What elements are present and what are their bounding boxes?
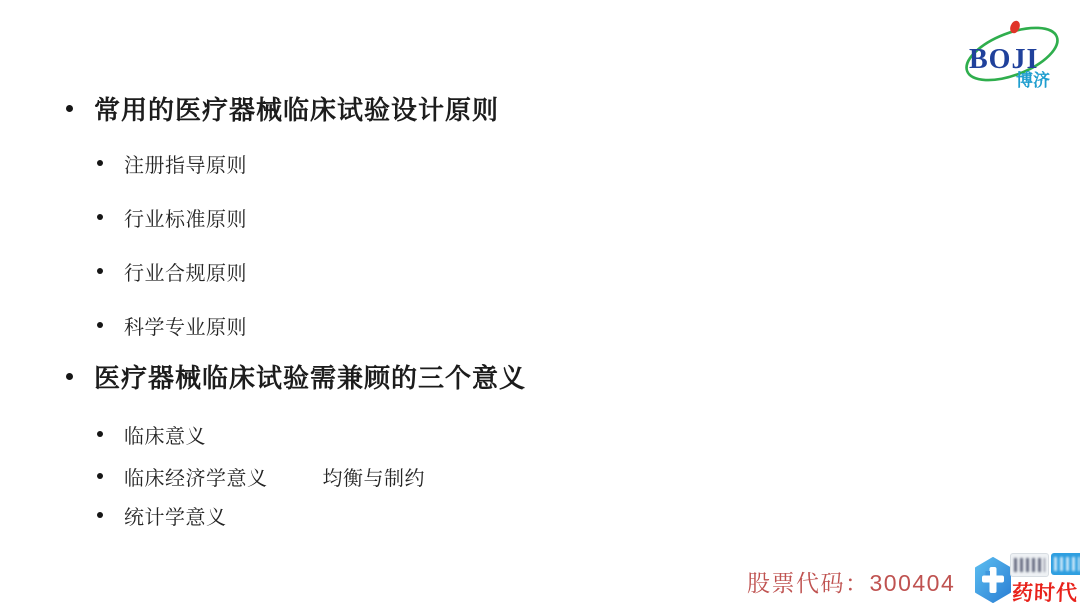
- section2-title: 医疗器械临床试验需兼顾的三个意义: [94, 358, 526, 395]
- section1-item-row: 行业合规原则: [97, 258, 247, 284]
- stock-code-text: 股票代码：300404: [747, 565, 955, 598]
- section1-item-row: 科学专业原则: [97, 312, 247, 338]
- pharmatimes-hexagon-icon: [973, 557, 1013, 603]
- section2-item-row: 临床经济学意义 均衡与制约: [97, 463, 425, 489]
- presentation-slide: BOJI 博济 常用的医疗器械临床试验设计原则 注册指导原则 行业标准原则 行业…: [0, 0, 1080, 608]
- section2-annotation: 均衡与制约: [323, 462, 426, 491]
- bullet-dot: [97, 512, 103, 518]
- section2-item-3: 统计学意义: [124, 501, 227, 530]
- section1-title: 常用的医疗器械临床试验设计原则: [94, 90, 499, 127]
- bullet-dot: [66, 373, 73, 380]
- pharmatimes-badge-left: [1010, 553, 1049, 577]
- bullet-dot: [97, 322, 103, 328]
- section1-item-4: 科学专业原则: [124, 311, 247, 340]
- boji-chinese-name: 博济: [1016, 70, 1050, 90]
- section1-title-row: 常用的医疗器械临床试验设计原则: [66, 92, 499, 124]
- section2-item-1: 临床意义: [124, 420, 206, 449]
- bullet-dot: [97, 160, 103, 166]
- bullet-dot: [97, 431, 103, 437]
- pharmatimes-top-badges: [1010, 553, 1080, 577]
- section2-item-row: 统计学意义: [97, 502, 227, 528]
- bullet-dot: [97, 268, 103, 274]
- bullet-dot: [66, 105, 73, 112]
- section2-item-row: 临床意义: [97, 421, 206, 447]
- boji-logo: BOJI 博济: [958, 14, 1070, 90]
- section2-item-2: 临床经济学意义: [124, 462, 268, 491]
- bullet-dot: [97, 214, 103, 220]
- pharmatimes-badge-right: [1051, 553, 1080, 575]
- section1-item-2: 行业标准原则: [124, 203, 247, 232]
- section1-item-1: 注册指导原则: [124, 149, 247, 178]
- section1-item-row: 注册指导原则: [97, 150, 247, 176]
- bullet-dot: [97, 473, 103, 479]
- pharmatimes-name: 药时代: [1011, 577, 1078, 607]
- section1-item-3: 行业合规原则: [124, 257, 247, 286]
- section2-title-row: 医疗器械临床试验需兼顾的三个意义: [66, 360, 526, 392]
- section1-item-row: 行业标准原则: [97, 204, 247, 230]
- pharmatimes-logo: 药时代: [972, 551, 1080, 605]
